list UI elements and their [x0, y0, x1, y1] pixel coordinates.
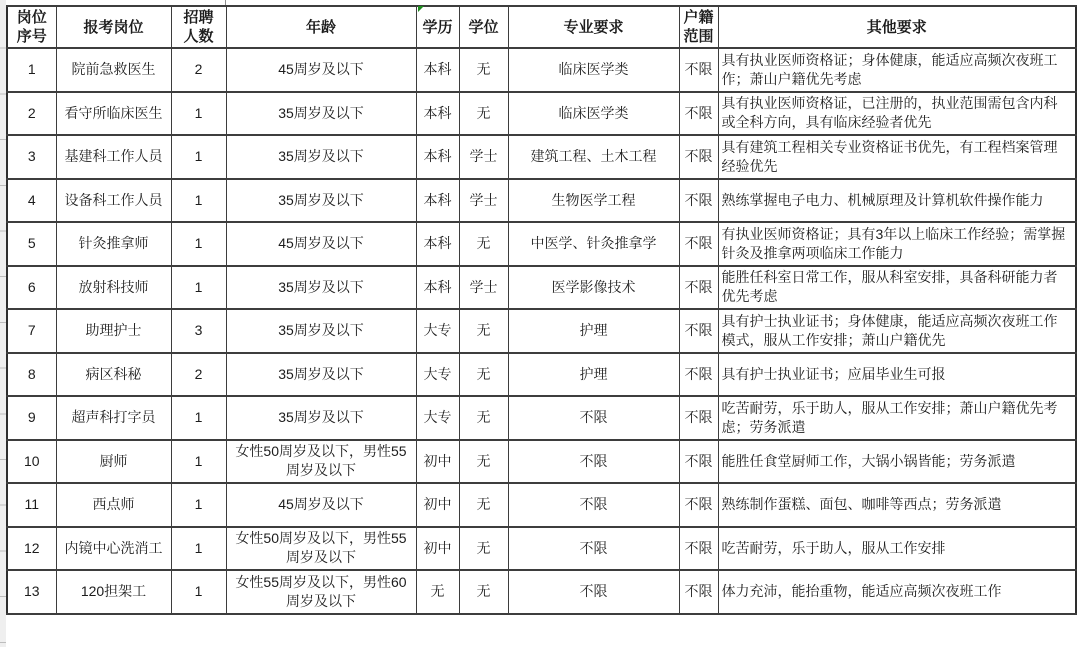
cell-position: 助理护士 [56, 309, 171, 353]
excel-error-marker-icon [418, 6, 424, 12]
cell-education: 本科 [416, 48, 459, 92]
cell-degree: 无 [459, 353, 508, 397]
cell-education: 本科 [416, 92, 459, 136]
header-col-position: 报考岗位 [56, 6, 171, 48]
cell-household: 不限 [679, 48, 718, 92]
cell-household: 不限 [679, 179, 718, 223]
table-body: 1院前急救医生245周岁及以下本科无临床医学类不限具有执业医师资格证；身体健康，… [7, 48, 1076, 614]
cell-degree: 无 [459, 309, 508, 353]
cell-household: 不限 [679, 266, 718, 310]
table-header: 岗位 序号 报考岗位 招聘 人数 年龄 学历 学位 专业要求 户籍 范围 其他要… [7, 6, 1076, 48]
cell-other: 能胜任科室日常工作，服从科室安排，具备科研能力者优先考虑 [718, 266, 1076, 310]
cell-household: 不限 [679, 135, 718, 179]
cell-position: 西点师 [56, 483, 171, 527]
cell-count: 1 [171, 570, 226, 614]
cell-household: 不限 [679, 483, 718, 527]
cell-no: 11 [7, 483, 56, 527]
cell-age: 女性50周岁及以下，男性55周岁及以下 [226, 440, 416, 484]
table-row: 8病区科秘235周岁及以下大专无护理不限具有护士执业证书；应届毕业生可报 [7, 353, 1076, 397]
cell-degree: 无 [459, 48, 508, 92]
table-row: 13120担架工1女性55周岁及以下，男性60周岁及以下无无不限不限体力充沛，能… [7, 570, 1076, 614]
cell-count: 1 [171, 135, 226, 179]
cell-other: 熟练掌握电子电力、机械原理及计算机软件操作能力 [718, 179, 1076, 223]
cell-no: 9 [7, 396, 56, 440]
header-col-position-no: 岗位 序号 [7, 6, 56, 48]
cell-major: 不限 [508, 527, 679, 571]
cell-degree: 学士 [459, 135, 508, 179]
cell-degree: 学士 [459, 266, 508, 310]
cell-degree: 学士 [459, 179, 508, 223]
recruitment-table-screenshot: 岗位 序号 报考岗位 招聘 人数 年龄 学历 学位 专业要求 户籍 范围 其他要… [0, 0, 1080, 647]
cell-count: 1 [171, 440, 226, 484]
header-col-major: 专业要求 [508, 6, 679, 48]
cell-count: 1 [171, 527, 226, 571]
cell-other: 熟练制作蛋糕、面包、咖啡等西点；劳务派遣 [718, 483, 1076, 527]
cell-no: 5 [7, 222, 56, 266]
cell-age: 女性50周岁及以下，男性55周岁及以下 [226, 527, 416, 571]
cell-household: 不限 [679, 353, 718, 397]
cell-education: 本科 [416, 222, 459, 266]
cell-household: 不限 [679, 309, 718, 353]
cell-education: 本科 [416, 135, 459, 179]
cell-count: 3 [171, 309, 226, 353]
cell-position: 院前急救医生 [56, 48, 171, 92]
cell-education: 初中 [416, 527, 459, 571]
cell-no: 8 [7, 353, 56, 397]
cell-degree: 无 [459, 570, 508, 614]
cell-degree: 无 [459, 396, 508, 440]
cell-age: 45周岁及以下 [226, 48, 416, 92]
cell-other: 具有护士执业证书；身体健康，能适应高频次夜班工作模式，服从工作安排；萧山户籍优先 [718, 309, 1076, 353]
cell-education: 本科 [416, 179, 459, 223]
cell-age: 35周岁及以下 [226, 309, 416, 353]
header-col-headcount: 招聘 人数 [171, 6, 226, 48]
cell-position: 设备科工作人员 [56, 179, 171, 223]
cell-education: 初中 [416, 440, 459, 484]
cell-education: 大专 [416, 309, 459, 353]
cell-household: 不限 [679, 440, 718, 484]
table-row: 4设备科工作人员135周岁及以下本科学士生物医学工程不限熟练掌握电子电力、机械原… [7, 179, 1076, 223]
cell-other: 吃苦耐劳，乐于助人，服从工作安排 [718, 527, 1076, 571]
cell-count: 1 [171, 483, 226, 527]
cell-household: 不限 [679, 92, 718, 136]
table-row: 9超声科打字员135周岁及以下大专无不限不限吃苦耐劳，乐于助人，服从工作安排；萧… [7, 396, 1076, 440]
cell-other: 体力充沛，能抬重物，能适应高频次夜班工作 [718, 570, 1076, 614]
cell-household: 不限 [679, 396, 718, 440]
table-row: 5针灸推拿师145周岁及以下本科无中医学、针灸推拿学不限有执业医师资格证；具有3… [7, 222, 1076, 266]
table-row: 7助理护士335周岁及以下大专无护理不限具有护士执业证书；身体健康，能适应高频次… [7, 309, 1076, 353]
cell-position: 看守所临床医生 [56, 92, 171, 136]
cell-major: 不限 [508, 440, 679, 484]
cell-education: 无 [416, 570, 459, 614]
cell-other: 具有执业医师资格证，已注册的，执业范围需包含内科或全科方向，具有临床经验者优先 [718, 92, 1076, 136]
cell-major: 中医学、针灸推拿学 [508, 222, 679, 266]
cell-education: 本科 [416, 266, 459, 310]
cell-age: 35周岁及以下 [226, 179, 416, 223]
cell-degree: 无 [459, 222, 508, 266]
header-col-degree: 学位 [459, 6, 508, 48]
cell-position: 120担架工 [56, 570, 171, 614]
cell-age: 45周岁及以下 [226, 222, 416, 266]
cell-major: 临床医学类 [508, 92, 679, 136]
cell-major: 医学影像技术 [508, 266, 679, 310]
cell-education: 大专 [416, 396, 459, 440]
cell-age: 45周岁及以下 [226, 483, 416, 527]
table-row: 2看守所临床医生135周岁及以下本科无临床医学类不限具有执业医师资格证，已注册的… [7, 92, 1076, 136]
cell-position: 厨师 [56, 440, 171, 484]
table-row: 1院前急救医生245周岁及以下本科无临床医学类不限具有执业医师资格证；身体健康，… [7, 48, 1076, 92]
cell-major: 不限 [508, 570, 679, 614]
cell-no: 3 [7, 135, 56, 179]
cell-position: 病区科秘 [56, 353, 171, 397]
cell-no: 1 [7, 48, 56, 92]
header-col-household: 户籍 范围 [679, 6, 718, 48]
cell-no: 6 [7, 266, 56, 310]
table-row: 11西点师145周岁及以下初中无不限不限熟练制作蛋糕、面包、咖啡等西点；劳务派遣 [7, 483, 1076, 527]
cell-degree: 无 [459, 440, 508, 484]
cell-major: 护理 [508, 353, 679, 397]
table-row: 6放射科技师135周岁及以下本科学士医学影像技术不限能胜任科室日常工作，服从科室… [7, 266, 1076, 310]
cell-other: 吃苦耐劳，乐于助人，服从工作安排；萧山户籍优先考虑；劳务派遣 [718, 396, 1076, 440]
cell-age: 35周岁及以下 [226, 92, 416, 136]
cell-age: 女性55周岁及以下，男性60周岁及以下 [226, 570, 416, 614]
cell-other: 能胜任食堂厨师工作，大锅小锅皆能；劳务派遣 [718, 440, 1076, 484]
cell-position: 基建科工作人员 [56, 135, 171, 179]
cell-count: 1 [171, 396, 226, 440]
header-col-other: 其他要求 [718, 6, 1076, 48]
cell-age: 35周岁及以下 [226, 396, 416, 440]
table-row: 3基建科工作人员135周岁及以下本科学士建筑工程、土木工程不限具有建筑工程相关专… [7, 135, 1076, 179]
cell-no: 10 [7, 440, 56, 484]
cell-other: 有执业医师资格证；具有3年以上临床工作经验；需掌握针灸及推拿两项临床工作能力 [718, 222, 1076, 266]
cell-count: 1 [171, 92, 226, 136]
cell-position: 针灸推拿师 [56, 222, 171, 266]
header-row: 岗位 序号 报考岗位 招聘 人数 年龄 学历 学位 专业要求 户籍 范围 其他要… [7, 6, 1076, 48]
cell-age: 35周岁及以下 [226, 135, 416, 179]
header-col-education: 学历 [416, 6, 459, 48]
cell-count: 1 [171, 179, 226, 223]
cell-major: 不限 [508, 483, 679, 527]
cell-position: 放射科技师 [56, 266, 171, 310]
cell-position: 超声科打字员 [56, 396, 171, 440]
cell-major: 建筑工程、土木工程 [508, 135, 679, 179]
cell-no: 12 [7, 527, 56, 571]
cell-age: 35周岁及以下 [226, 353, 416, 397]
recruitment-table: 岗位 序号 报考岗位 招聘 人数 年龄 学历 学位 专业要求 户籍 范围 其他要… [6, 5, 1077, 615]
cell-household: 不限 [679, 527, 718, 571]
cell-age: 35周岁及以下 [226, 266, 416, 310]
table-row: 10厨师1女性50周岁及以下，男性55周岁及以下初中无不限不限能胜任食堂厨师工作… [7, 440, 1076, 484]
cell-other: 具有护士执业证书；应届毕业生可报 [718, 353, 1076, 397]
cell-degree: 无 [459, 92, 508, 136]
cell-count: 1 [171, 266, 226, 310]
cell-no: 13 [7, 570, 56, 614]
cell-other: 具有执业医师资格证；身体健康，能适应高频次夜班工作；萧山户籍优先考虑 [718, 48, 1076, 92]
cell-no: 4 [7, 179, 56, 223]
cell-position: 内镜中心洗消工 [56, 527, 171, 571]
cell-degree: 无 [459, 527, 508, 571]
cell-degree: 无 [459, 483, 508, 527]
cell-count: 1 [171, 222, 226, 266]
cell-no: 7 [7, 309, 56, 353]
cell-household: 不限 [679, 570, 718, 614]
cell-education: 大专 [416, 353, 459, 397]
cell-major: 护理 [508, 309, 679, 353]
cell-count: 2 [171, 353, 226, 397]
cell-count: 2 [171, 48, 226, 92]
cell-education: 初中 [416, 483, 459, 527]
cell-household: 不限 [679, 222, 718, 266]
cell-major: 不限 [508, 396, 679, 440]
header-col-age: 年龄 [226, 6, 416, 48]
cell-major: 临床医学类 [508, 48, 679, 92]
cell-no: 2 [7, 92, 56, 136]
table-row: 12内镜中心洗消工1女性50周岁及以下，男性55周岁及以下初中无不限不限吃苦耐劳… [7, 527, 1076, 571]
cell-major: 生物医学工程 [508, 179, 679, 223]
cell-other: 具有建筑工程相关专业资格证书优先，有工程档案管理经验优先 [718, 135, 1076, 179]
